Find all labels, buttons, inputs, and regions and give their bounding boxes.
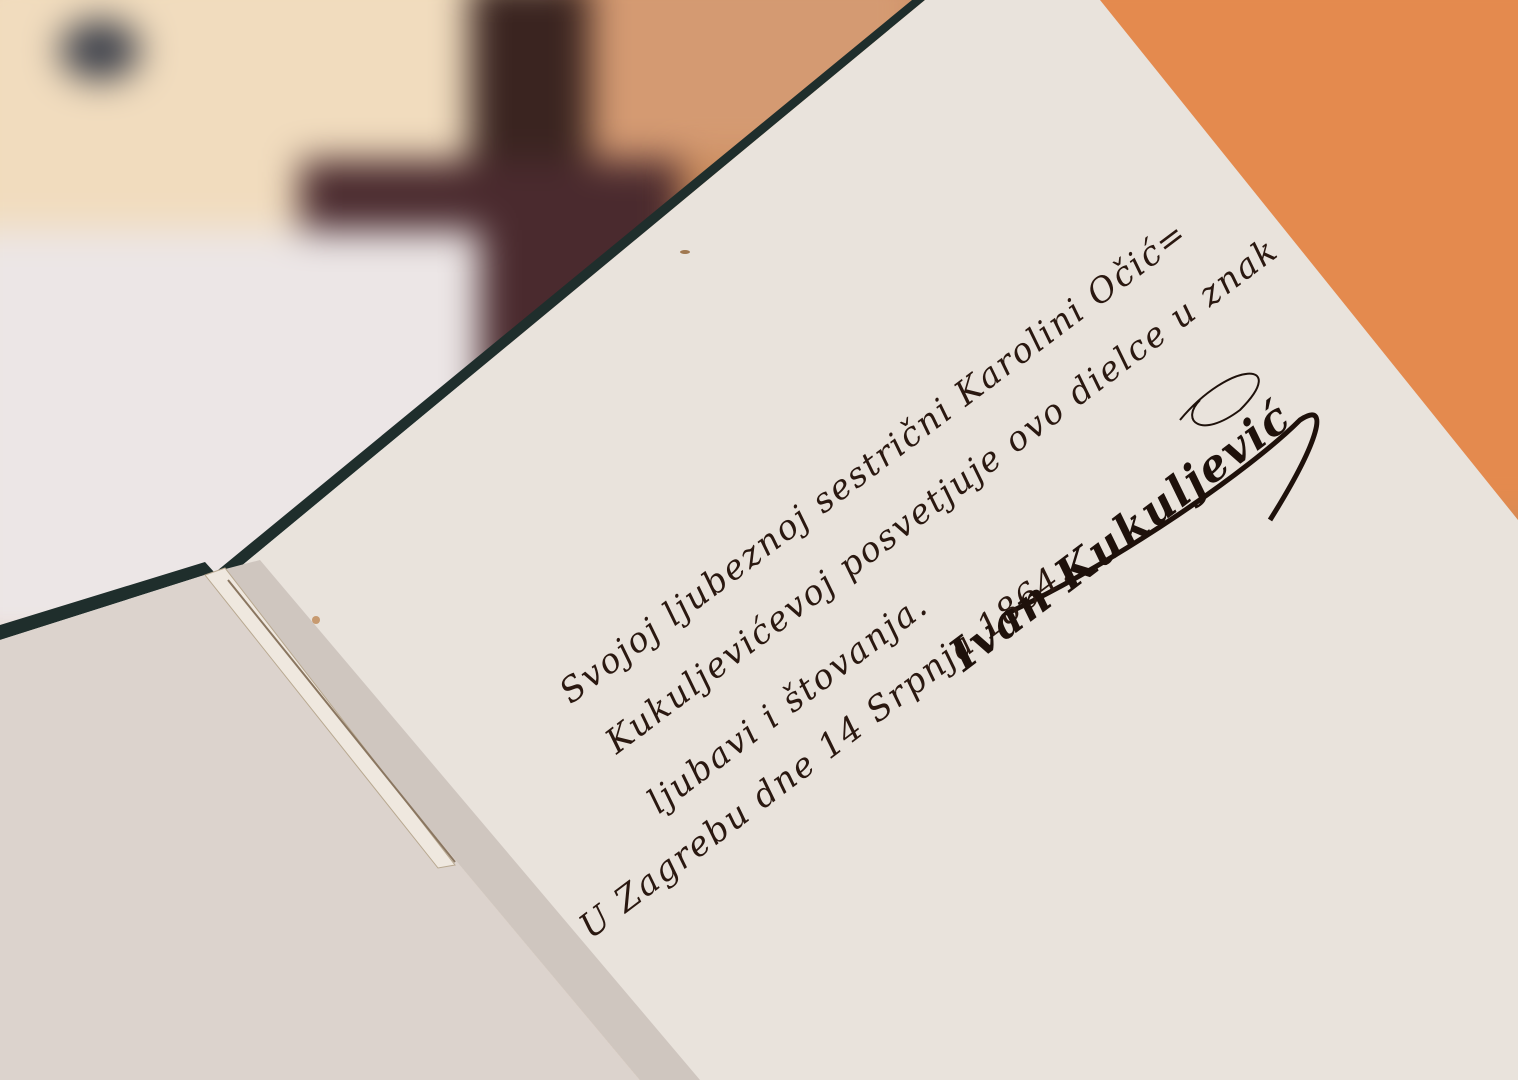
paper-spot — [680, 250, 690, 254]
paper-spot — [312, 616, 320, 624]
book — [0, 0, 1518, 1080]
